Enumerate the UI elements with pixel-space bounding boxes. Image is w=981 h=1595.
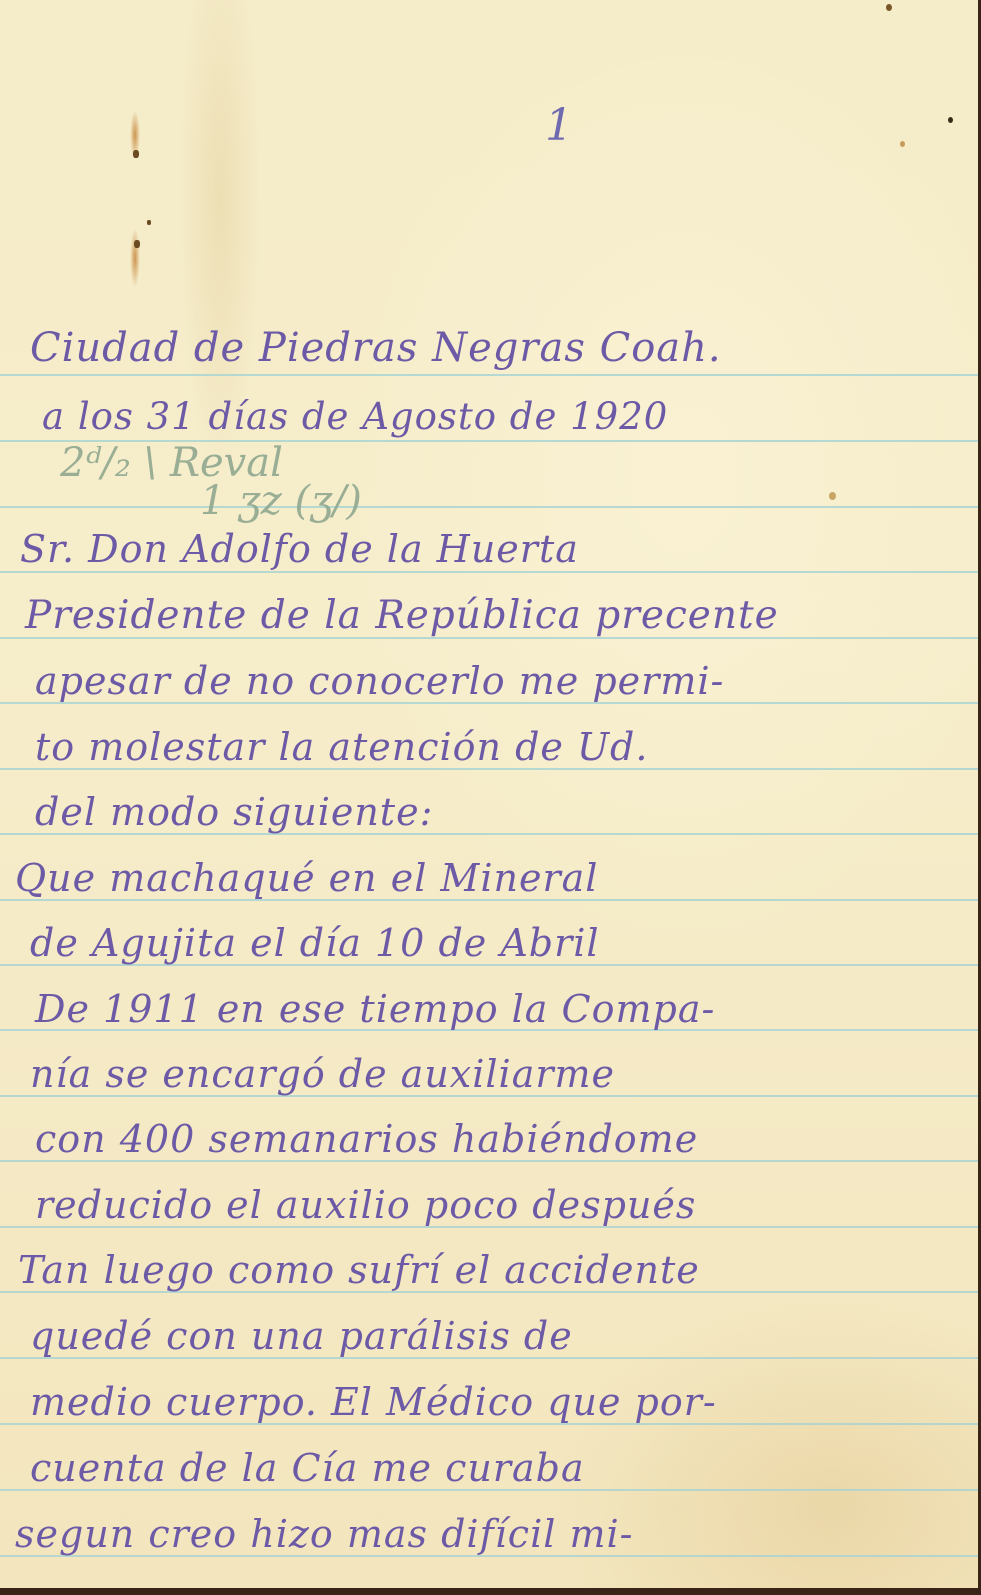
binding-hole (134, 240, 140, 248)
body-line: Tan luego como sufrí el accidente (18, 1251, 700, 1289)
body-line: cuenta de la Cía me curaba (30, 1449, 585, 1487)
body-line: con 400 semanarios habiéndome (35, 1120, 698, 1158)
body-line: De 1911 en ese tiempo la Compa- (35, 990, 715, 1028)
binding-hole (133, 150, 139, 158)
body-line: nía se encargó de auxiliarme (30, 1055, 615, 1093)
ruled-line (0, 374, 978, 376)
addressee-title: Presidente de la República precente (25, 596, 779, 635)
body-line: de Agujita el día 10 de Abril (30, 924, 600, 962)
body-line: reducido el auxilio poco después (35, 1186, 696, 1224)
body-line: segun creo hizo mas difícil mi- (15, 1515, 634, 1553)
letter-page: 1 Ciudad de Piedras Negras Coah. a los 3… (0, 0, 978, 1588)
pencil-annotation: 1 ʒz (ʒ/) (200, 478, 362, 524)
rust-stain (130, 228, 140, 288)
stain-dot (900, 141, 905, 147)
page-number: 1 (545, 100, 573, 151)
body-line: quedé con una parálisis de (30, 1317, 573, 1355)
stain-dot (829, 492, 836, 500)
place-line: Ciudad de Piedras Negras Coah. (30, 328, 722, 368)
ruled-line (0, 506, 978, 508)
ink-dot (886, 4, 892, 11)
body-line: apesar de no conocerlo me permi- (35, 662, 724, 700)
ruled-line (0, 571, 978, 573)
binding-hole (147, 220, 151, 225)
body-line: Que machaqué en el Mineral (15, 859, 598, 897)
addressee-name: Sr. Don Adolfo de la Huerta (20, 530, 579, 568)
ink-dot (948, 117, 953, 123)
body-line: del modo siguiente: (35, 793, 433, 831)
body-line: medio cuerpo. El Médico que por- (30, 1383, 717, 1421)
date-line: a los 31 días de Agosto de 1920 (42, 398, 668, 435)
body-line: to molestar la atención de Ud. (35, 728, 648, 766)
